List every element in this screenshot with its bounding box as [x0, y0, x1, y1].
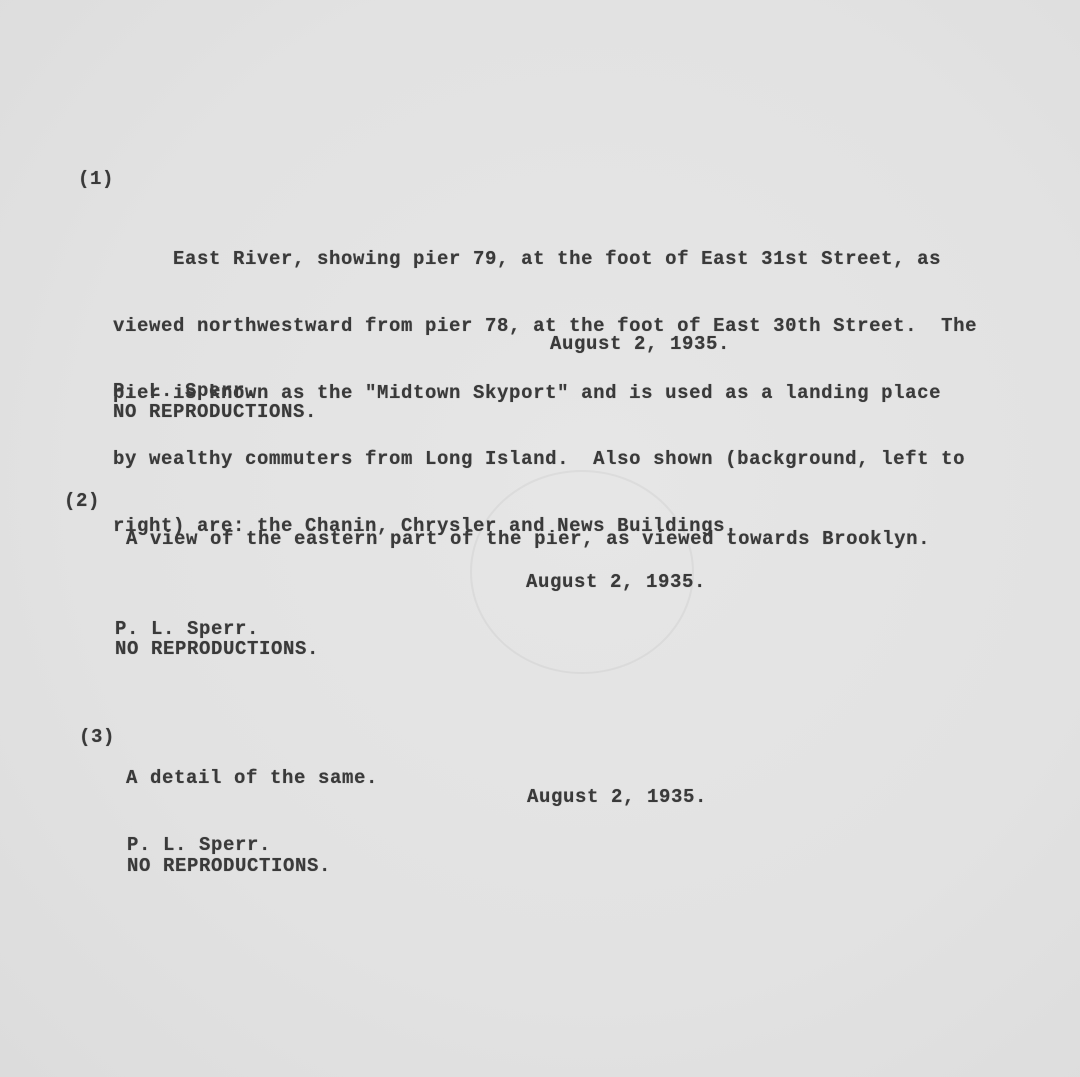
- entry-3-notice: NO REPRODUCTIONS.: [127, 855, 331, 877]
- entry-1-date: August 2, 1935.: [550, 333, 730, 355]
- entry-2-date: August 2, 1935.: [526, 571, 706, 593]
- entry-2-photographer: P. L. Sperr.: [115, 618, 259, 640]
- entry-3-photographer: P. L. Sperr.: [127, 834, 271, 856]
- entry-3-number: (3): [79, 726, 115, 748]
- entry-1-line-1: East River, showing pier 79, at the foot…: [113, 248, 977, 270]
- entry-2-description: A view of the eastern part of the pier, …: [126, 528, 930, 550]
- entry-1-photographer: P. L. Sperr.: [113, 380, 257, 402]
- entry-1-notice: NO REPRODUCTIONS.: [113, 401, 317, 423]
- typed-document-page: (1) East River, showing pier 79, at the …: [0, 0, 1080, 1077]
- entry-2-notice: NO REPRODUCTIONS.: [115, 638, 319, 660]
- entry-1-line-4: by wealthy commuters from Long Island. A…: [113, 448, 977, 470]
- entry-1-line-2: viewed northwestward from pier 78, at th…: [113, 315, 977, 337]
- entry-1-number: (1): [78, 168, 114, 190]
- entry-3-date: August 2, 1935.: [527, 786, 707, 808]
- entry-3-description: A detail of the same.: [126, 767, 378, 789]
- entry-2-number: (2): [64, 490, 100, 512]
